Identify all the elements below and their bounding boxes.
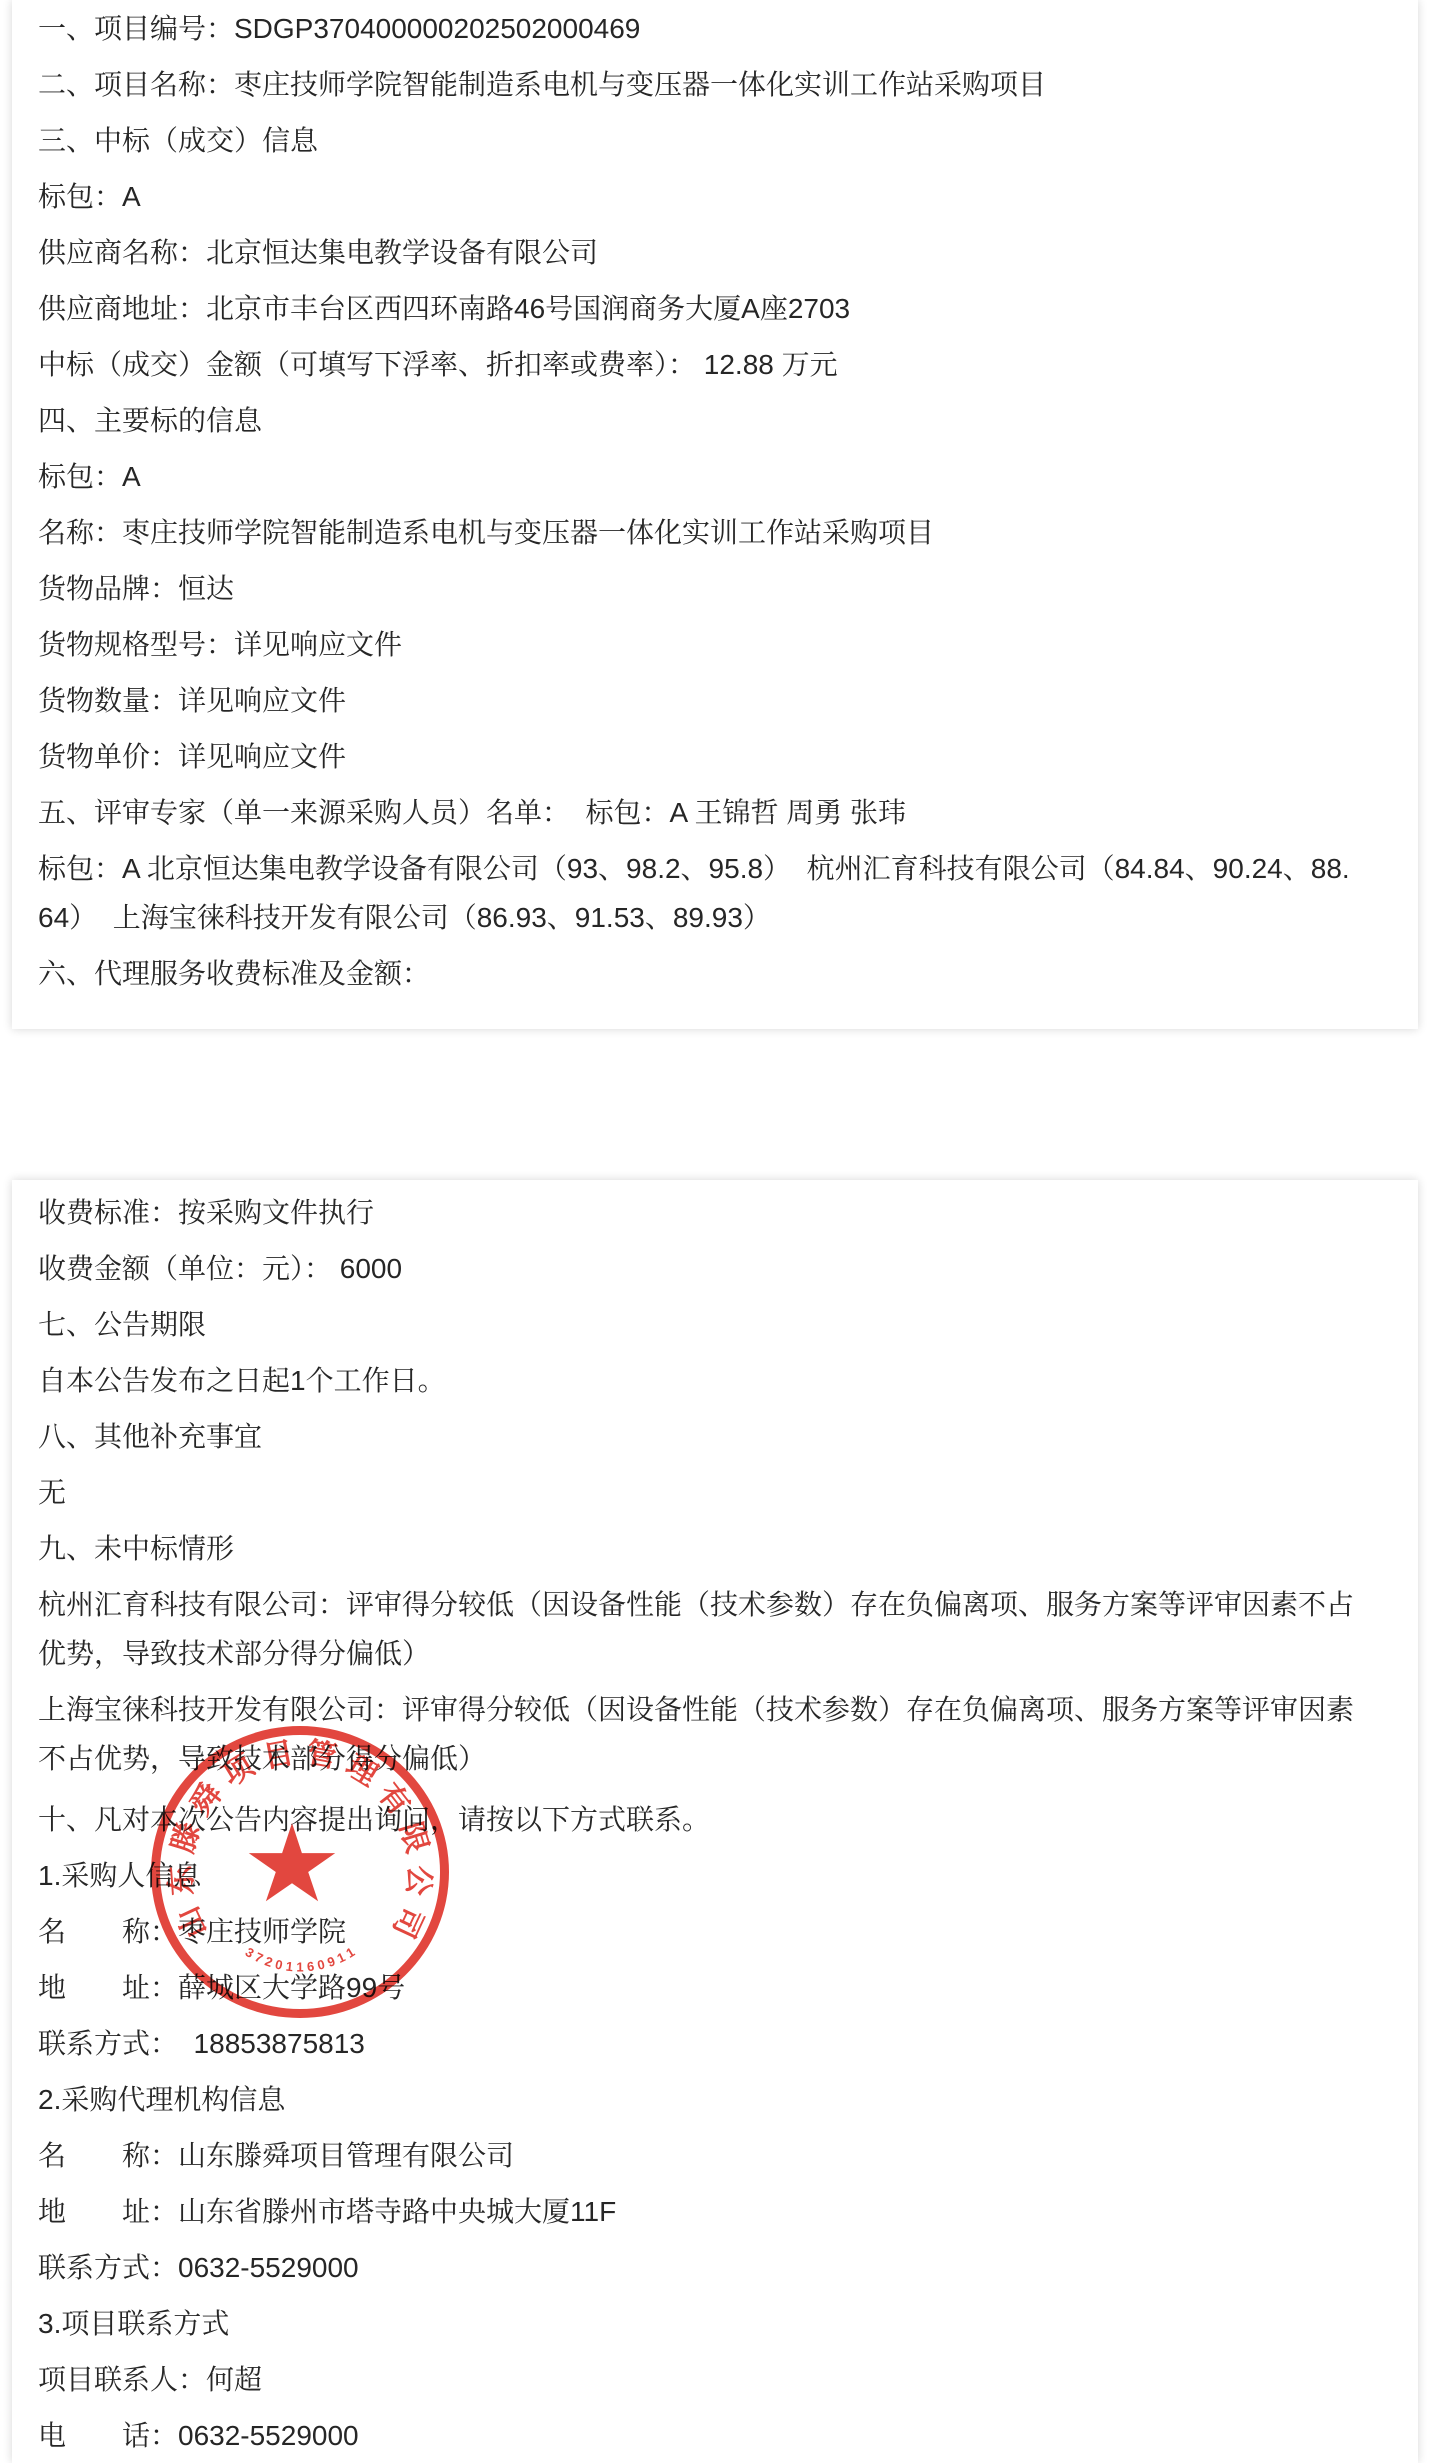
doc-line: 九、未中标情形 <box>38 1524 1364 1573</box>
doc-line: 标包：A 北京恒达集电教学设备有限公司（93、98.2、95.8） 杭州汇育科技… <box>38 844 1364 942</box>
page: { "page": { "background": "#ffffff", "te… <box>0 0 1449 2463</box>
doc-line: 七、公告期限 <box>38 1300 1364 1349</box>
doc-line: 3.项目联系方式 <box>38 2299 1364 2348</box>
doc-line: 供应商地址：北京市丰台区西四环南路46号国润商务大厦A座2703 <box>38 284 1364 333</box>
doc-line: 地 址：薛城区大学路99号 <box>38 1963 1364 2012</box>
doc-line: 杭州汇育科技有限公司：评审得分较低（因设备性能（技术参数）存在负偏离项、服务方案… <box>38 1580 1364 1678</box>
doc-line: 地 址：山东省滕州市塔寺路中央城大厦11F <box>38 2187 1364 2236</box>
doc-line: 十、凡对本次公告内容提出询问，请按以下方式联系。 <box>38 1795 1364 1844</box>
doc-line: 联系方式： 18853875813 <box>38 2019 1364 2068</box>
doc-line: 货物单价：详见响应文件 <box>38 732 1364 781</box>
doc-line: 名 称：枣庄技师学院 <box>38 1907 1364 1956</box>
doc-line: 中标（成交）金额（可填写下浮率、折扣率或费率）： 12.88 万元 <box>38 340 1364 389</box>
doc-line: 电 话：0632-5529000 <box>38 2411 1364 2460</box>
doc-line: 供应商名称：北京恒达集电教学设备有限公司 <box>38 228 1364 277</box>
doc-line: 货物数量：详见响应文件 <box>38 676 1364 725</box>
doc-line: 八、其他补充事宜 <box>38 1412 1364 1461</box>
doc-line: 项目联系人：何超 <box>38 2355 1364 2404</box>
doc-line: 2.采购代理机构信息 <box>38 2075 1364 2124</box>
doc-line: 1.采购人信息 <box>38 1851 1364 1900</box>
doc-line: 联系方式：0632-5529000 <box>38 2243 1364 2292</box>
doc-line: 上海宝徕科技开发有限公司：评审得分较低（因设备性能（技术参数）存在负偏离项、服务… <box>38 1685 1364 1783</box>
doc-line: 自本公告发布之日起1个工作日。 <box>38 1356 1364 1405</box>
doc-line: 名称：枣庄技师学院智能制造系电机与变压器一体化实训工作站采购项目 <box>38 508 1364 557</box>
announcement-card-top: 一、项目编号：SDGP370400000202502000469二、项目名称：枣… <box>12 0 1418 1029</box>
doc-line: 四、主要标的信息 <box>38 396 1364 445</box>
doc-line: 货物规格型号：详见响应文件 <box>38 620 1364 669</box>
doc-line: 三、中标（成交）信息 <box>38 116 1364 165</box>
doc-line: 五、评审专家（单一来源采购人员）名单： 标包：A 王锦哲 周勇 张玮 <box>38 788 1364 837</box>
announcement-card-bottom: 收费标准：按采购文件执行收费金额（单位：元）： 6000七、公告期限自本公告发布… <box>12 1180 1418 2463</box>
doc-line: 一、项目编号：SDGP370400000202502000469 <box>38 4 1364 53</box>
doc-line: 收费标准：按采购文件执行 <box>38 1188 1364 1237</box>
doc-line: 收费金额（单位：元）： 6000 <box>38 1244 1364 1293</box>
doc-line: 名 称：山东滕舜项目管理有限公司 <box>38 2131 1364 2180</box>
doc-line: 六、代理服务收费标准及金额： <box>38 949 1364 998</box>
doc-line: 无 <box>38 1468 1364 1517</box>
doc-line: 货物品牌：恒达 <box>38 564 1364 613</box>
doc-line: 标包：A <box>38 172 1364 221</box>
doc-line: 二、项目名称：枣庄技师学院智能制造系电机与变压器一体化实训工作站采购项目 <box>38 60 1364 109</box>
doc-line: 标包：A <box>38 452 1364 501</box>
